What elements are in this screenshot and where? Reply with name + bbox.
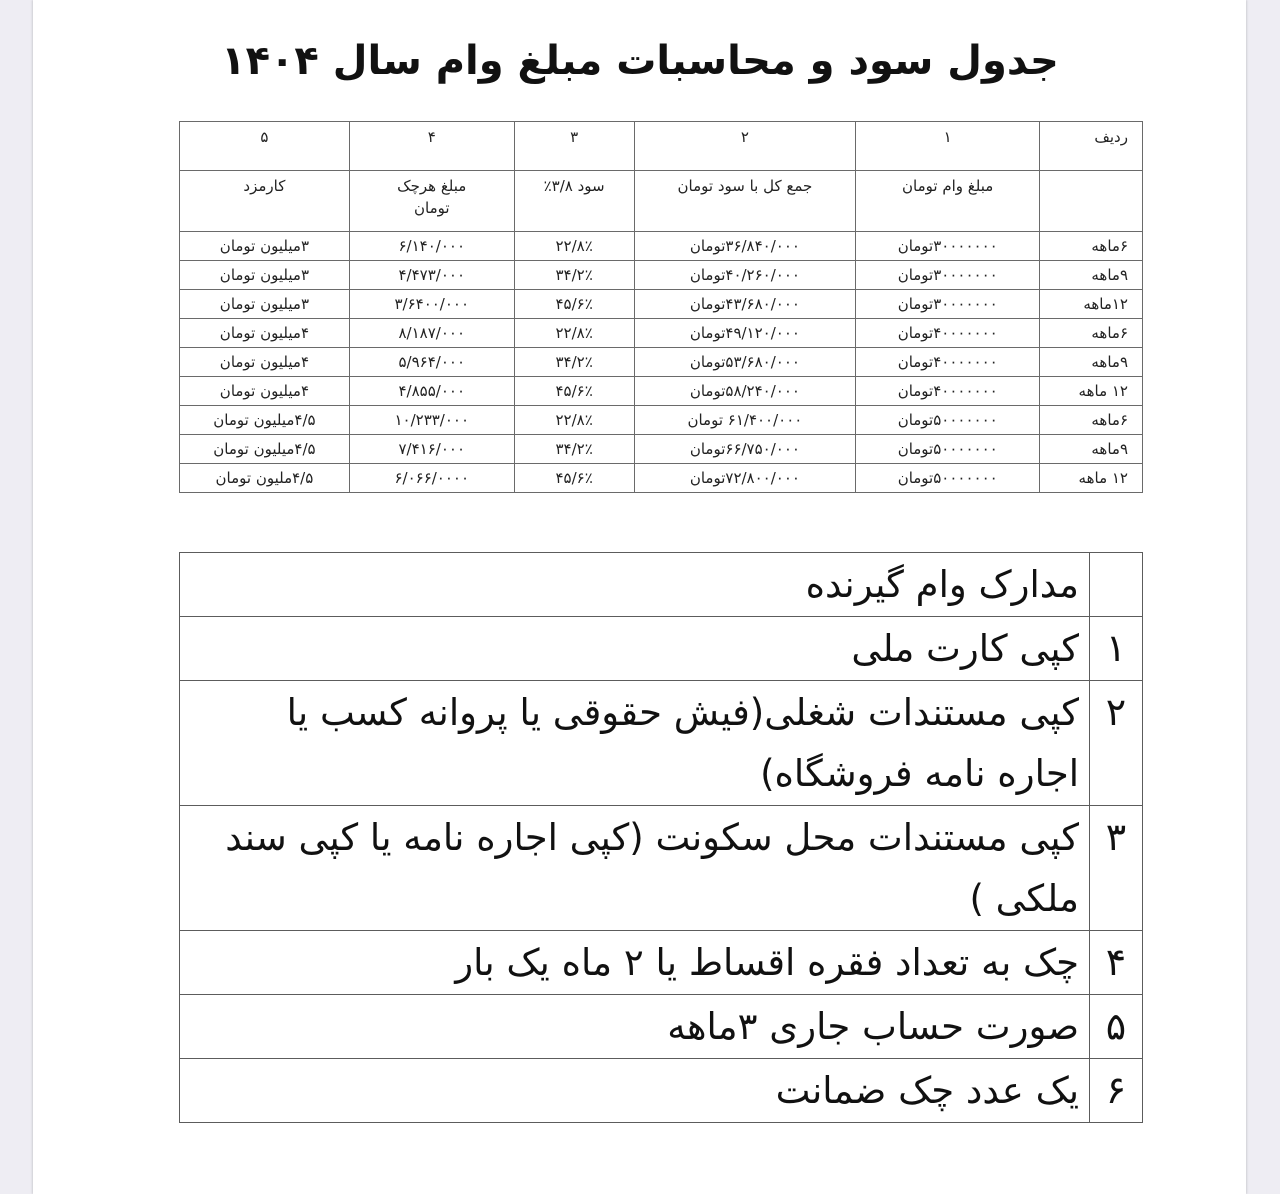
per-check-cell: ۷/۴۱۶/۰۰۰ xyxy=(349,435,514,464)
column-header-total-with-interest: جمع کل با سود تومان xyxy=(634,171,856,232)
table-row: ۱۲ماهه ۳۰۰۰۰۰۰۰تومان ۴۳/۶۸۰/۰۰۰تومان ۴۵/… xyxy=(180,290,1143,319)
loan-rates-table: ردیف ۱ ۲ ۳ ۴ ۵ مبلغ وام تومان جمع کل با … xyxy=(179,121,1143,493)
fee-cell: ۳میلیون تومان xyxy=(180,232,350,261)
total-cell: ۴۳/۶۸۰/۰۰۰تومان xyxy=(634,290,856,319)
term-cell: ۶ماهه xyxy=(1040,406,1143,435)
fee-cell: ۴میلیون تومان xyxy=(180,377,350,406)
total-cell: ۴۰/۲۶۰/۰۰۰تومان xyxy=(634,261,856,290)
term-cell: ۱۲ ماهه xyxy=(1040,464,1143,493)
item-number: ۶ xyxy=(1090,1059,1143,1123)
interest-cell: ۲۲/۸٪ xyxy=(514,406,634,435)
column-header-interest: سود ۳/۸٪ xyxy=(514,171,634,232)
item-text: کپی کارت ملی xyxy=(180,617,1090,681)
total-cell: ۵۸/۲۴۰/۰۰۰تومان xyxy=(634,377,856,406)
item-text: چک به تعداد فقره اقساط یا ۲ ماه یک بار xyxy=(180,931,1090,995)
table-row: ۱۲ ماهه ۵۰۰۰۰۰۰۰تومان ۷۲/۸۰۰/۰۰۰تومان ۴۵… xyxy=(180,464,1143,493)
interest-cell: ۴۵/۶٪ xyxy=(514,377,634,406)
column-header-fee: کارمزد xyxy=(180,171,350,232)
list-item: ۱ کپی کارت ملی xyxy=(180,617,1143,681)
loan-cell: ۵۰۰۰۰۰۰۰تومان xyxy=(856,464,1040,493)
per-check-cell: ۴/۸۵۵/۰۰۰ xyxy=(349,377,514,406)
list-item: ۳ کپی مستندات محل سکونت (کپی اجاره نامه … xyxy=(180,806,1143,931)
term-cell: ۹ماهه xyxy=(1040,261,1143,290)
loan-cell: ۳۰۰۰۰۰۰۰تومان xyxy=(856,261,1040,290)
borrower-documents-table: مدارک وام گیرنده ۱ کپی کارت ملی ۲ کپی مس… xyxy=(179,552,1143,1123)
column-number-cell: ۳ xyxy=(514,122,634,171)
per-check-cell: ۱۰/۲۳۳/۰۰۰ xyxy=(349,406,514,435)
column-number-cell: ردیف xyxy=(1040,122,1143,171)
list-item: ۵ صورت حساب جاری ۳ماهه xyxy=(180,995,1143,1059)
table-row: ۹ماهه ۵۰۰۰۰۰۰۰تومان ۶۶/۷۵۰/۰۰۰تومان ۳۴/۲… xyxy=(180,435,1143,464)
column-number-cell: ۲ xyxy=(634,122,856,171)
term-cell: ۹ماهه xyxy=(1040,435,1143,464)
table-row: ۶ماهه ۴۰۰۰۰۰۰۰تومان ۴۹/۱۲۰/۰۰۰تومان ۲۲/۸… xyxy=(180,319,1143,348)
term-cell: ۹ماهه xyxy=(1040,348,1143,377)
fee-cell: ۴میلیون تومان xyxy=(180,319,350,348)
interest-cell: ۲۲/۸٪ xyxy=(514,319,634,348)
column-header-cell xyxy=(1040,171,1143,232)
total-cell: ۳۶/۸۴۰/۰۰۰تومان xyxy=(634,232,856,261)
total-cell: ۵۳/۶۸۰/۰۰۰تومان xyxy=(634,348,856,377)
per-check-cell: ۳/۶۴۰۰/۰۰۰ xyxy=(349,290,514,319)
interest-cell: ۳۴/۲٪ xyxy=(514,435,634,464)
item-number: ۲ xyxy=(1090,681,1143,806)
table-row: ۶ماهه ۵۰۰۰۰۰۰۰تومان ۶۱/۴۰۰/۰۰۰ تومان ۲۲/… xyxy=(180,406,1143,435)
item-text: کپی مستندات محل سکونت (کپی اجاره نامه یا… xyxy=(180,806,1090,931)
term-cell: ۱۲ ماهه xyxy=(1040,377,1143,406)
per-check-cell: ۵/۹۶۴/۰۰۰ xyxy=(349,348,514,377)
fee-cell: ۴میلیون تومان xyxy=(180,348,350,377)
loan-cell: ۵۰۰۰۰۰۰۰تومان xyxy=(856,435,1040,464)
term-cell: ۶ماهه xyxy=(1040,232,1143,261)
list-item: ۶ یک عدد چک ضمانت xyxy=(180,1059,1143,1123)
fee-cell: ۴/۵میلیون تومان xyxy=(180,435,350,464)
item-text: یک عدد چک ضمانت xyxy=(180,1059,1090,1123)
item-text: صورت حساب جاری ۳ماهه xyxy=(180,995,1090,1059)
fee-cell: ۳میلیون تومان xyxy=(180,290,350,319)
item-number: ۳ xyxy=(1090,806,1143,931)
total-cell: ۶۶/۷۵۰/۰۰۰تومان xyxy=(634,435,856,464)
loan-cell: ۳۰۰۰۰۰۰۰تومان xyxy=(856,232,1040,261)
column-header-loan-amount: مبلغ وام تومان xyxy=(856,171,1040,232)
list-item: ۲ کپی مستندات شغلی(فیش حقوقی یا پروانه ک… xyxy=(180,681,1143,806)
fee-cell: ۴/۵ملیون تومان xyxy=(180,464,350,493)
table-row: ۶ماهه ۳۰۰۰۰۰۰۰تومان ۳۶/۸۴۰/۰۰۰تومان ۲۲/۸… xyxy=(180,232,1143,261)
fee-cell: ۴/۵میلیون تومان xyxy=(180,406,350,435)
term-cell: ۶ماهه xyxy=(1040,319,1143,348)
column-number-cell: ۴ xyxy=(349,122,514,171)
column-header-per-check: مبلغ هرچک تومان xyxy=(349,171,514,232)
loan-cell: ۴۰۰۰۰۰۰۰تومان xyxy=(856,377,1040,406)
item-number: ۴ xyxy=(1090,931,1143,995)
per-check-cell: ۴/۴۷۳/۰۰۰ xyxy=(349,261,514,290)
interest-cell: ۴۵/۶٪ xyxy=(514,464,634,493)
term-cell: ۱۲ماهه xyxy=(1040,290,1143,319)
column-number-cell: ۵ xyxy=(180,122,350,171)
total-cell: ۶۱/۴۰۰/۰۰۰ تومان xyxy=(634,406,856,435)
table-row: ۹ماهه ۳۰۰۰۰۰۰۰تومان ۴۰/۲۶۰/۰۰۰تومان ۳۴/۲… xyxy=(180,261,1143,290)
loan-cell: ۴۰۰۰۰۰۰۰تومان xyxy=(856,319,1040,348)
loan-cell: ۳۰۰۰۰۰۰۰تومان xyxy=(856,290,1040,319)
fee-cell: ۳میلیون تومان xyxy=(180,261,350,290)
per-check-cell: ۶/۰۶۶/۰۰۰۰ xyxy=(349,464,514,493)
total-cell: ۷۲/۸۰۰/۰۰۰تومان xyxy=(634,464,856,493)
table-row: ۹ماهه ۴۰۰۰۰۰۰۰تومان ۵۳/۶۸۰/۰۰۰تومان ۳۴/۲… xyxy=(180,348,1143,377)
heading-number-cell xyxy=(1090,553,1143,617)
interest-cell: ۳۴/۲٪ xyxy=(514,261,634,290)
per-check-cell: ۶/۱۴۰/۰۰۰ xyxy=(349,232,514,261)
column-header-row: مبلغ وام تومان جمع کل با سود تومان سود ۳… xyxy=(180,171,1143,232)
interest-cell: ۳۴/۲٪ xyxy=(514,348,634,377)
column-number-row: ردیف ۱ ۲ ۳ ۴ ۵ xyxy=(180,122,1143,171)
per-check-cell: ۸/۱۸۷/۰۰۰ xyxy=(349,319,514,348)
item-number: ۵ xyxy=(1090,995,1143,1059)
interest-cell: ۲۲/۸٪ xyxy=(514,232,634,261)
total-cell: ۴۹/۱۲۰/۰۰۰تومان xyxy=(634,319,856,348)
column-number-cell: ۱ xyxy=(856,122,1040,171)
loan-cell: ۵۰۰۰۰۰۰۰تومان xyxy=(856,406,1040,435)
documents-heading-row: مدارک وام گیرنده xyxy=(180,553,1143,617)
loan-cell: ۴۰۰۰۰۰۰۰تومان xyxy=(856,348,1040,377)
table-row: ۱۲ ماهه ۴۰۰۰۰۰۰۰تومان ۵۸/۲۴۰/۰۰۰تومان ۴۵… xyxy=(180,377,1143,406)
documents-heading: مدارک وام گیرنده xyxy=(180,553,1090,617)
interest-cell: ۴۵/۶٪ xyxy=(514,290,634,319)
list-item: ۴ چک به تعداد فقره اقساط یا ۲ ماه یک بار xyxy=(180,931,1143,995)
item-number: ۱ xyxy=(1090,617,1143,681)
document-title: جدول سود و محاسبات مبلغ وام سال ۱۴۰۴ xyxy=(0,38,1280,84)
item-text: کپی مستندات شغلی(فیش حقوقی یا پروانه کسب… xyxy=(180,681,1090,806)
